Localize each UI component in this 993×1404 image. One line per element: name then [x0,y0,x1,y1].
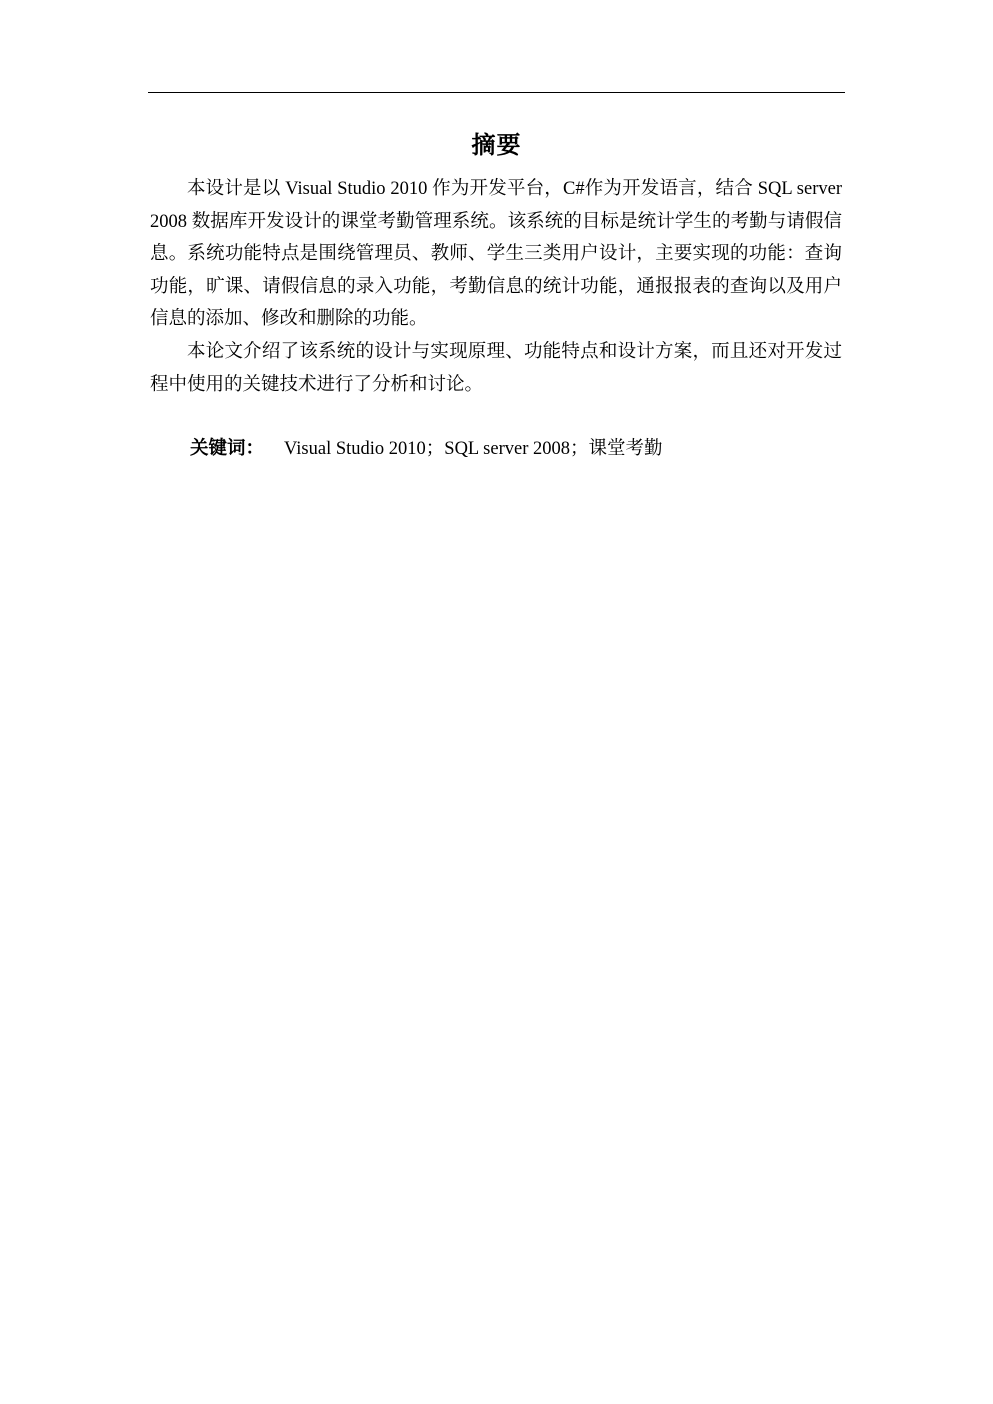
abstract-paragraph-2: 本论文介绍了该系统的设计与实现原理、功能特点和设计方案，而且还对开发过程中使用的… [150,336,842,401]
keywords-label: 关键词： [190,439,264,459]
abstract-title: 摘要 [0,127,993,165]
abstract-paragraph-1: 本设计是以 Visual Studio 2010 作为开发平台，C#作为开发语言… [150,173,842,336]
abstract-body: 本设计是以 Visual Studio 2010 作为开发平台，C#作为开发语言… [150,173,842,401]
page-header-rule [148,92,845,93]
keywords-line: 关键词：Visual Studio 2010；SQL server 2008；课… [150,433,842,465]
keywords-value: Visual Studio 2010；SQL server 2008；课堂考勤 [284,439,662,459]
